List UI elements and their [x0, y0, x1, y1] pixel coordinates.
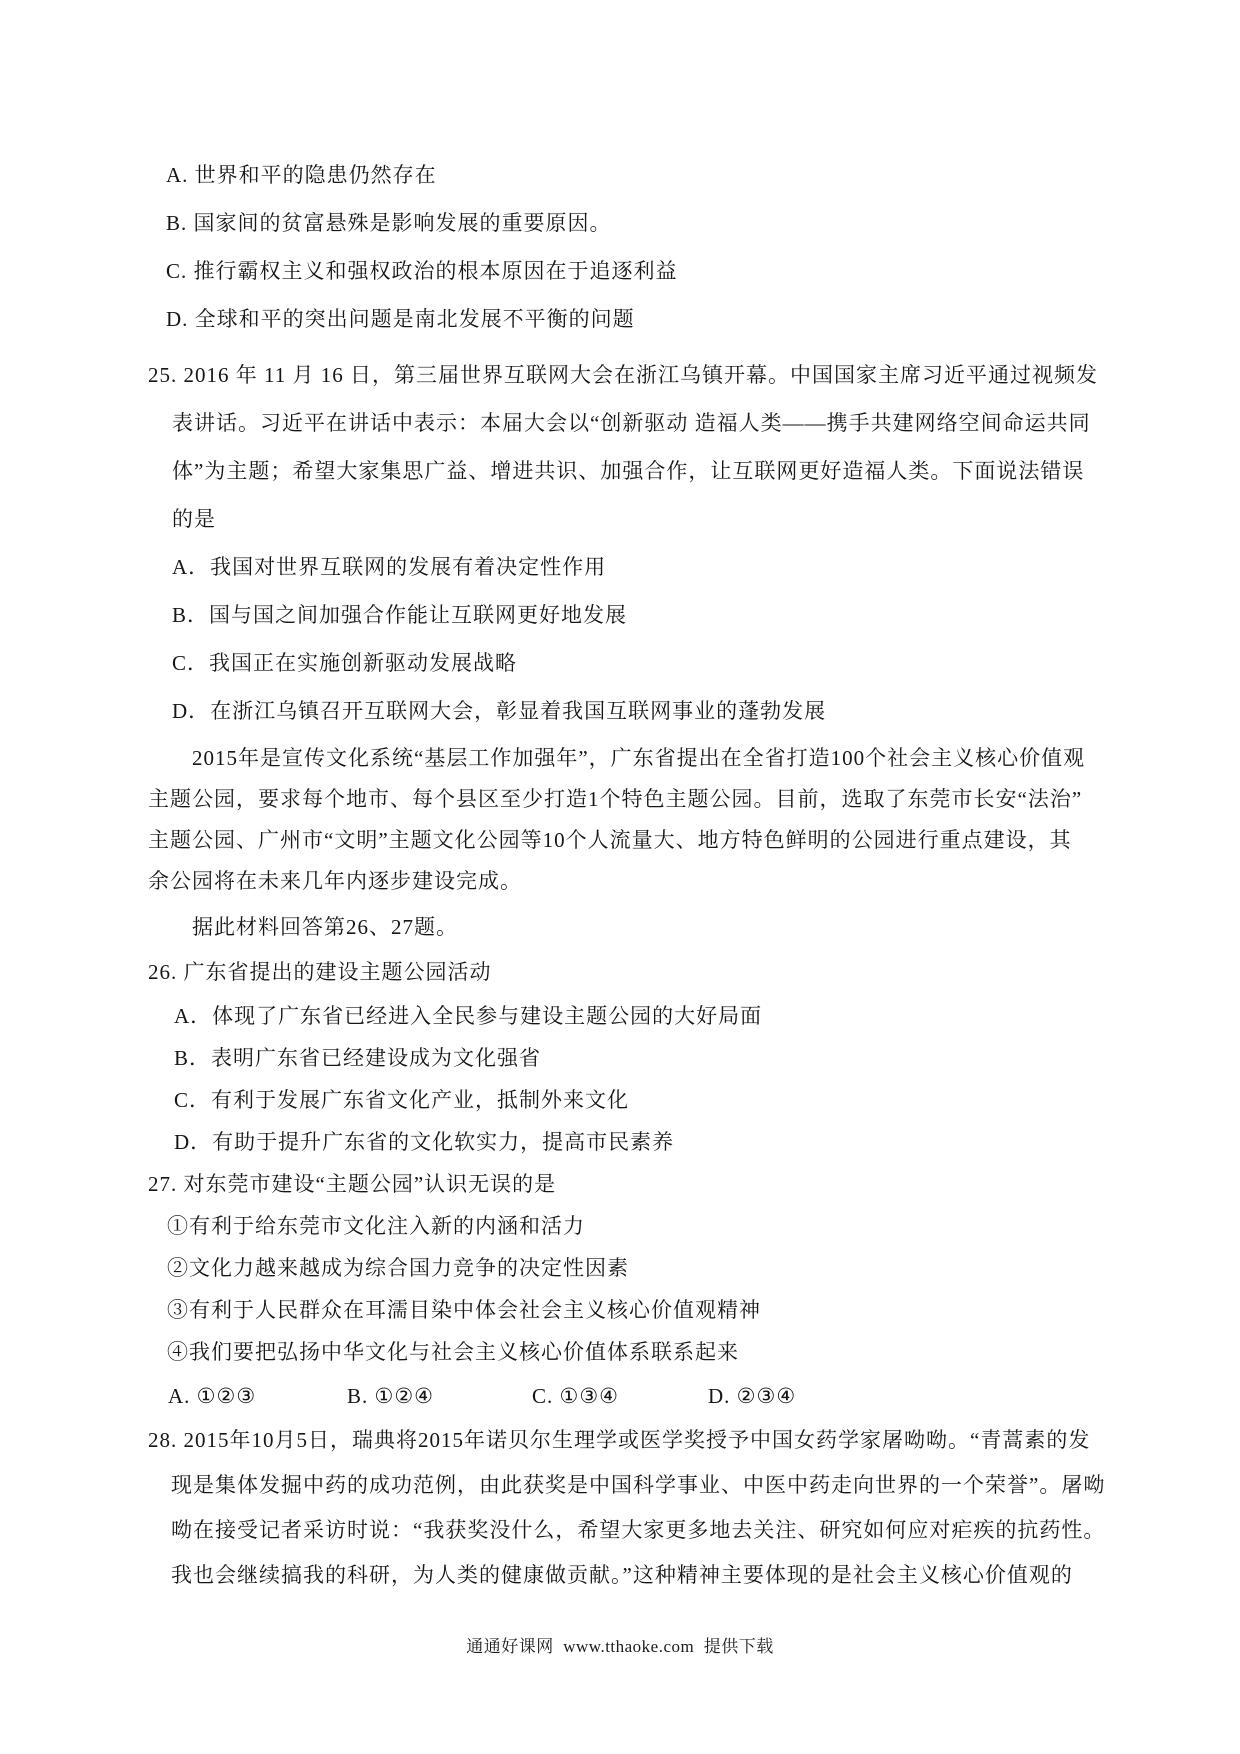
q24-option-b: B. 国家间的贫富悬殊是影响发展的重要原因。	[166, 210, 612, 237]
q27-answer-a: A. ①②③	[168, 1383, 256, 1410]
q25-stem-line-4: 的是	[172, 506, 216, 533]
q28-stem-line-4: 我也会继续搞我的科研，为人类的健康做贡献。”这种精神主要体现的是社会主义核心价值…	[171, 1562, 1073, 1589]
q25-option-b: B．国与国之间加强合作能让互联网更好地发展	[172, 602, 627, 629]
q27-item-2: ②文化力越来越成为综合国力竞争的决定性因素	[167, 1255, 629, 1282]
q27-answer-d: D. ②③④	[708, 1383, 796, 1410]
q24-option-d: D. 全球和平的突出问题是南北发展不平衡的问题	[166, 306, 635, 333]
q25-option-d: D．在浙江乌镇召开互联网大会，彰显着我国互联网事业的蓬勃发展	[172, 698, 826, 725]
passage-line-4: 余公园将在未来几年内逐步建设完成。	[148, 868, 522, 895]
passage-line-3: 主题公园、广州市“文明”主题文化公园等10个人流量大、地方特色鲜明的公园进行重点…	[148, 827, 1072, 854]
passage-prompt: 据此材料回答第26、27题。	[192, 914, 458, 941]
passage-line-2: 主题公园，要求每个地市、每个县区至少打造1个特色主题公园。目前，选取了东莞市长安…	[148, 786, 1082, 813]
q27-item-3: ③有利于人民群众在耳濡目染中体会社会主义核心价值观精神	[167, 1297, 761, 1324]
q24-option-c: C. 推行霸权主义和强权政治的根本原因在于追逐利益	[166, 258, 678, 285]
q28-stem-line-2: 现是集体发掘中药的成功范例，由此获奖是中国科学事业、中医中药走向世界的一个荣誉”…	[171, 1472, 1105, 1499]
q26-option-b: B．表明广东省已经建设成为文化强省	[174, 1045, 541, 1072]
q25-option-a: A．我国对世界互联网的发展有着决定性作用	[172, 554, 606, 581]
q27-item-1: ①有利于给东莞市文化注入新的内涵和活力	[167, 1213, 585, 1240]
exam-page: A. 世界和平的隐患仍然存在 B. 国家间的贫富悬殊是影响发展的重要原因。 C.…	[0, 0, 1240, 1754]
q26-option-d: D．有助于提升广东省的文化软实力，提高市民素养	[174, 1129, 674, 1156]
q26-stem: 26. 广东省提出的建设主题公园活动	[148, 959, 492, 986]
q25-stem-line-2: 表讲话。习近平在讲话中表示：本届大会以“创新驱动 造福人类——携手共建网络空间命…	[172, 410, 1091, 437]
q26-option-c: C．有利于发展广东省文化产业，抵制外来文化	[174, 1087, 629, 1114]
q27-item-4: ④我们要把弘扬中华文化与社会主义核心价值体系联系起来	[167, 1339, 739, 1366]
q26-option-a: A．体现了广东省已经进入全民参与建设主题公园的大好局面	[174, 1003, 762, 1030]
q28-stem-line-1: 28. 2015年10月5日，瑞典将2015年诺贝尔生理学或医学奖授予中国女药学…	[148, 1427, 1090, 1454]
q24-option-a: A. 世界和平的隐患仍然存在	[166, 162, 437, 189]
q28-stem-line-3: 呦在接受记者采访时说：“我获奖没什么，希望大家更多地去关注、研究如何应对疟疾的抗…	[171, 1517, 1105, 1544]
passage-line-1: 2015年是宣传文化系统“基层工作加强年”，广东省提出在全省打造100个社会主义…	[192, 745, 1085, 772]
q27-answer-c: C. ①③④	[532, 1383, 619, 1410]
footer-watermark: 通通好课网 www.tthaoke.com 提供下载	[0, 1632, 1240, 1657]
q27-stem: 27. 对东莞市建设“主题公园”认识无误的是	[148, 1171, 556, 1198]
q25-stem-line-3: 体”为主题；希望大家集思广益、增进共识、加强合作，让互联网更好造福人类。下面说法…	[172, 458, 1084, 485]
q27-answer-b: B. ①②④	[347, 1383, 434, 1410]
q25-stem-line-1: 25. 2016 年 11 月 16 日，第三届世界互联网大会在浙江乌镇开幕。中…	[148, 362, 1098, 389]
q25-option-c: C．我国正在实施创新驱动发展战略	[172, 650, 517, 677]
